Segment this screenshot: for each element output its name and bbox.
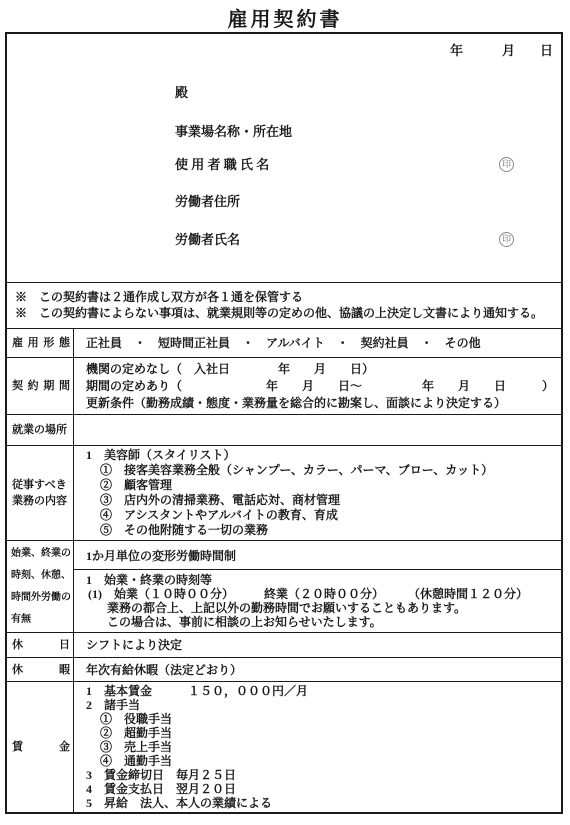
duties-line: ① 接客美容業務全般（シャンプー、カラー、パーマ、ブロー、カット） — [86, 463, 553, 478]
workplace-label: 就業の場所 — [12, 422, 70, 438]
period-renewal-line: 更新条件（勤務成績・態度・業務量を総合的に勘案し、面談により決定する） — [86, 395, 554, 412]
period-fixed-term-line: 期間の定めあり（ 年 月 日～ 年 月 日 ） — [86, 378, 554, 395]
signature-header-cell: 年月日 殿 事業場名称・所在地 使 用 者 職 氏 名 印 労働者住所 労働者氏… — [7, 34, 561, 282]
hours-label-line-3: 時間外労働の — [11, 592, 71, 604]
employment-type-label: 雇用形態 — [12, 335, 70, 351]
vacation-label: 休暇 — [12, 662, 70, 678]
wages-line: 1 基本賃金 １５０，０００円／月 — [86, 684, 553, 698]
duties-label-line-1: 従事すべき — [12, 477, 70, 493]
wages-line: 4 賃金支払日 翌月２０日 — [86, 782, 553, 796]
duties-line: ⑤ その他附随する一切の業務 — [86, 523, 553, 538]
note-line-1: ※ この契約書は２通作成し双方が各１通を保管する — [15, 289, 553, 305]
hours-label-line-2: 時刻、休憩、 — [11, 570, 71, 582]
notes-section: ※ この契約書は２通作成し双方が各１通を保管する ※ この契約書によらない事項は… — [7, 282, 561, 328]
hours-detail-line: この場合は、事前に相談の上お知らせいたします。 — [86, 615, 553, 629]
row-vacation: 休暇 年次有給休暇（法定どおり） — [7, 657, 561, 681]
note-line-2: ※ この契約書によらない事項は、就業規則等の定めの他、協議の上決定し文書により通… — [15, 305, 553, 321]
worker-address-label: 労働者住所 — [175, 191, 240, 210]
row-holidays: 休日 シフトにより決定 — [7, 632, 561, 657]
wages-line: 3 賃金締切日 毎月２５日 — [86, 768, 553, 782]
business-name-label: 事業場名称・所在地 — [175, 121, 292, 140]
hours-detail-line: 1 始業・終業の時刻等 — [86, 573, 553, 587]
employment-type-options: 正社員 ・ 短時間正社員 ・ アルバイト ・ 契約社員 ・ その他 — [86, 335, 553, 351]
date-month-label: 月 — [502, 43, 515, 58]
contract-document-page: 雇用契約書 年月日 殿 事業場名称・所在地 使 用 者 職 氏 名 印 労働者住… — [0, 0, 570, 825]
row-contract-period: 契約期間 機関の定めなし（ 入社日 年 月 日） 期間の定めあり（ 年 月 日～… — [7, 357, 561, 414]
worker-name-label: 労働者氏名 — [175, 229, 240, 248]
duties-line: ② 顧客管理 — [86, 478, 553, 493]
duties-line: ④ アシスタントやアルバイトの教育、育成 — [86, 508, 553, 523]
wages-line: ④ 通勤手当 — [86, 754, 553, 768]
wages-line: ③ 売上手当 — [86, 740, 553, 754]
employer-name-label: 使 用 者 職 氏 名 — [175, 154, 269, 173]
row-duties: 従事すべき 業務の内容 1 美容師（スタイリスト） ① 接客美容業務全般（シャン… — [7, 445, 561, 540]
wages-line: ② 超勤手当 — [86, 726, 553, 740]
hours-detail-line: (1) 始業（１０時００分） 終業（２０時００分） （休憩時間１２０分） — [86, 587, 553, 601]
contract-table: 年月日 殿 事業場名称・所在地 使 用 者 職 氏 名 印 労働者住所 労働者氏… — [5, 32, 563, 814]
wages-line: 5 昇給 法人、本人の業績による — [86, 796, 553, 810]
hours-detail-line: 業務の都合上、上記以外の勤務時間でお願いすることもあります。 — [86, 601, 553, 615]
wages-line: 2 諸手当 — [86, 698, 553, 712]
row-workplace: 就業の場所 — [7, 414, 561, 445]
hours-label-line-4: 有無 — [11, 614, 71, 626]
row-working-hours: 始業、終業の 時刻、休憩、 時間外労働の 有無 1か月単位の変形労働時間制 1 … — [7, 540, 561, 632]
vacation-value: 年次有給休暇（法定どおり） — [86, 662, 553, 678]
date-year-label: 年 — [450, 43, 463, 58]
worker-seal-icon: 印 — [499, 230, 514, 247]
duties-label-line-2: 業務の内容 — [12, 493, 70, 509]
row-wages: 賃金 1 基本賃金 １５０，０００円／月 2 諸手当 ① 役職手当 ② 超勤手当… — [7, 681, 561, 812]
holidays-label: 休日 — [12, 637, 70, 653]
hours-system-line: 1か月単位の変形労働時間制 — [74, 541, 561, 570]
duties-line: ③ 店内外の清掃業務、電話応対、商材管理 — [86, 493, 553, 508]
holidays-value: シフトにより決定 — [86, 637, 553, 653]
hours-label-line-1: 始業、終業の — [11, 548, 71, 560]
contract-period-label: 契約期間 — [12, 378, 70, 394]
employer-seal-icon: 印 — [499, 155, 514, 172]
row-employment-type: 雇用形態 正社員 ・ 短時間正社員 ・ アルバイト ・ 契約社員 ・ その他 — [7, 328, 561, 357]
wages-label: 賃金 — [12, 739, 70, 755]
page-title: 雇用契約書 — [0, 0, 570, 30]
wages-line: ① 役職手当 — [86, 712, 553, 726]
addressee-dono-label: 殿 — [175, 82, 188, 101]
period-no-fixed-term-line: 機関の定めなし（ 入社日 年 月 日） — [86, 361, 554, 378]
date-line: 年月日 — [450, 40, 561, 59]
duties-line: 1 美容師（スタイリスト） — [86, 448, 553, 463]
date-day-label: 日 — [540, 43, 553, 58]
